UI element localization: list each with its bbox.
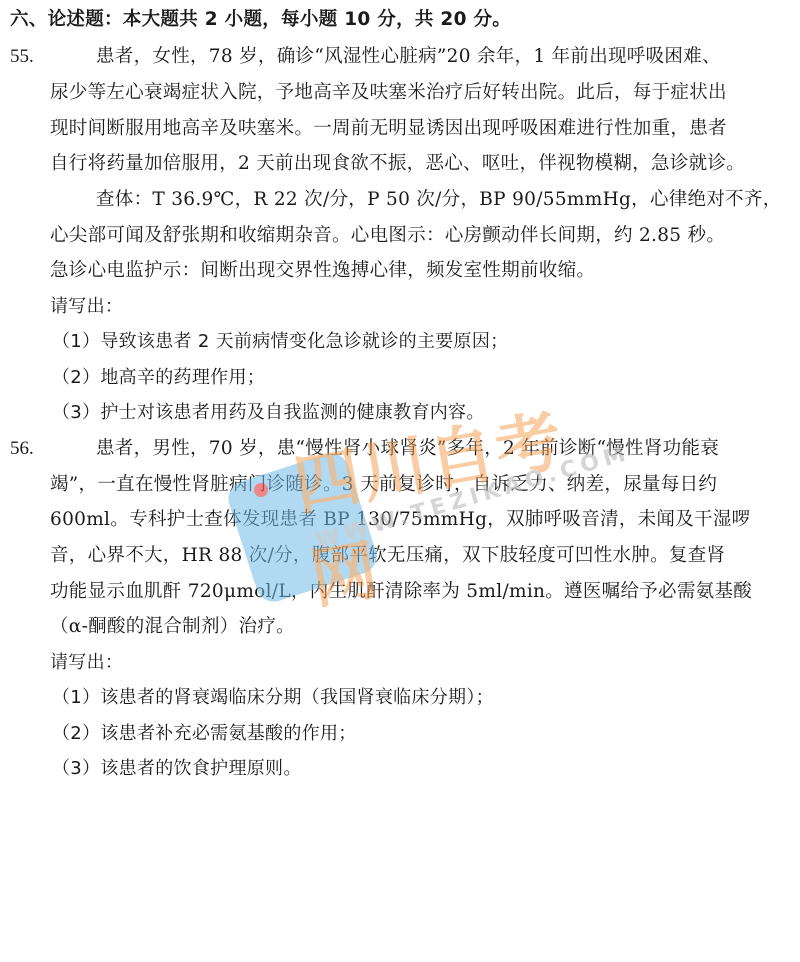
q56-line-4: 音，心界不大，HR 88 次/分，腹部平软无压痛，双下肢轻度可凹性水肿。复查肾 (50, 544, 725, 568)
question-number-56: 56. (10, 437, 34, 461)
question-number-55: 55. (10, 45, 34, 69)
q55-item-1: （1）导致该患者 2 天前病情变化急诊就诊的主要原因； (52, 330, 508, 354)
q55-line-1: 患者，女性，78 岁，确诊“风湿性心脏病”20 余年，1 年前出现呼吸困难、 (96, 45, 721, 69)
q55-item-3: （3）护士对该患者用药及自我监测的健康教育内容。 (52, 401, 485, 425)
q55-line-4: 自行将药量加倍服用，2 天前出现食欲不振，恶心、呕吐，伴视物模糊，急诊就诊。 (50, 152, 745, 176)
q55-line-6: 心尖部可闻及舒张期和收缩期杂音。心电图示：心房颤动伴长间期，约 2.85 秒。 (50, 224, 725, 248)
q55-prompt: 请写出： (50, 295, 123, 319)
section-heading: 六、论述题：本大题共 2 小题，每小题 10 分，共 20 分。 (10, 8, 511, 32)
q56-item-3: （3）该患者的饮食护理原则。 (52, 757, 302, 781)
q56-prompt: 请写出： (50, 651, 123, 675)
q56-line-1: 患者，男性，70 岁，患“慢性肾小球肾炎”多年，2 年前诊断“慢性肾功能衰 (96, 437, 719, 461)
q55-item-2: （2）地高辛的药理作用； (52, 366, 265, 390)
q55-line-3: 现时间断服用地高辛及呋塞米。一周前无明显诱因出现呼吸困难进行性加重，患者 (50, 117, 727, 141)
q55-line-5: 查体：T 36.9℃，R 22 次/分，P 50 次/分，BP 90/55mmH… (96, 188, 782, 212)
q56-item-1: （1）该患者的肾衰竭临床分期（我国肾衰临床分期）； (52, 686, 494, 710)
q56-item-2: （2）该患者补充必需氨基酸的作用； (52, 722, 357, 746)
q56-line-5: 功能显示血肌酐 720μmol/L，内生肌酐清除率为 5ml/min。遵医嘱给予… (50, 580, 752, 604)
q56-line-6: （α-酮酸的混合制剂）治疗。 (50, 615, 295, 639)
q55-line-2: 尿少等左心衰竭症状入院，予地高辛及呋塞米治疗后好转出院。此后，每于症状出 (50, 81, 727, 105)
q56-line-3: 600ml。专科护士查体发现患者 BP 130/75mmHg，双肺呼吸音清，未闻… (50, 508, 750, 532)
q55-line-7: 急诊心电监护示：间断出现交界性逸搏心律，频发室性期前收缩。 (50, 259, 595, 283)
q56-line-2: 竭”，一直在慢性肾脏病门诊随诊。3 天前复诊时，自诉乏力、纳差，尿量每日约 (50, 473, 717, 497)
